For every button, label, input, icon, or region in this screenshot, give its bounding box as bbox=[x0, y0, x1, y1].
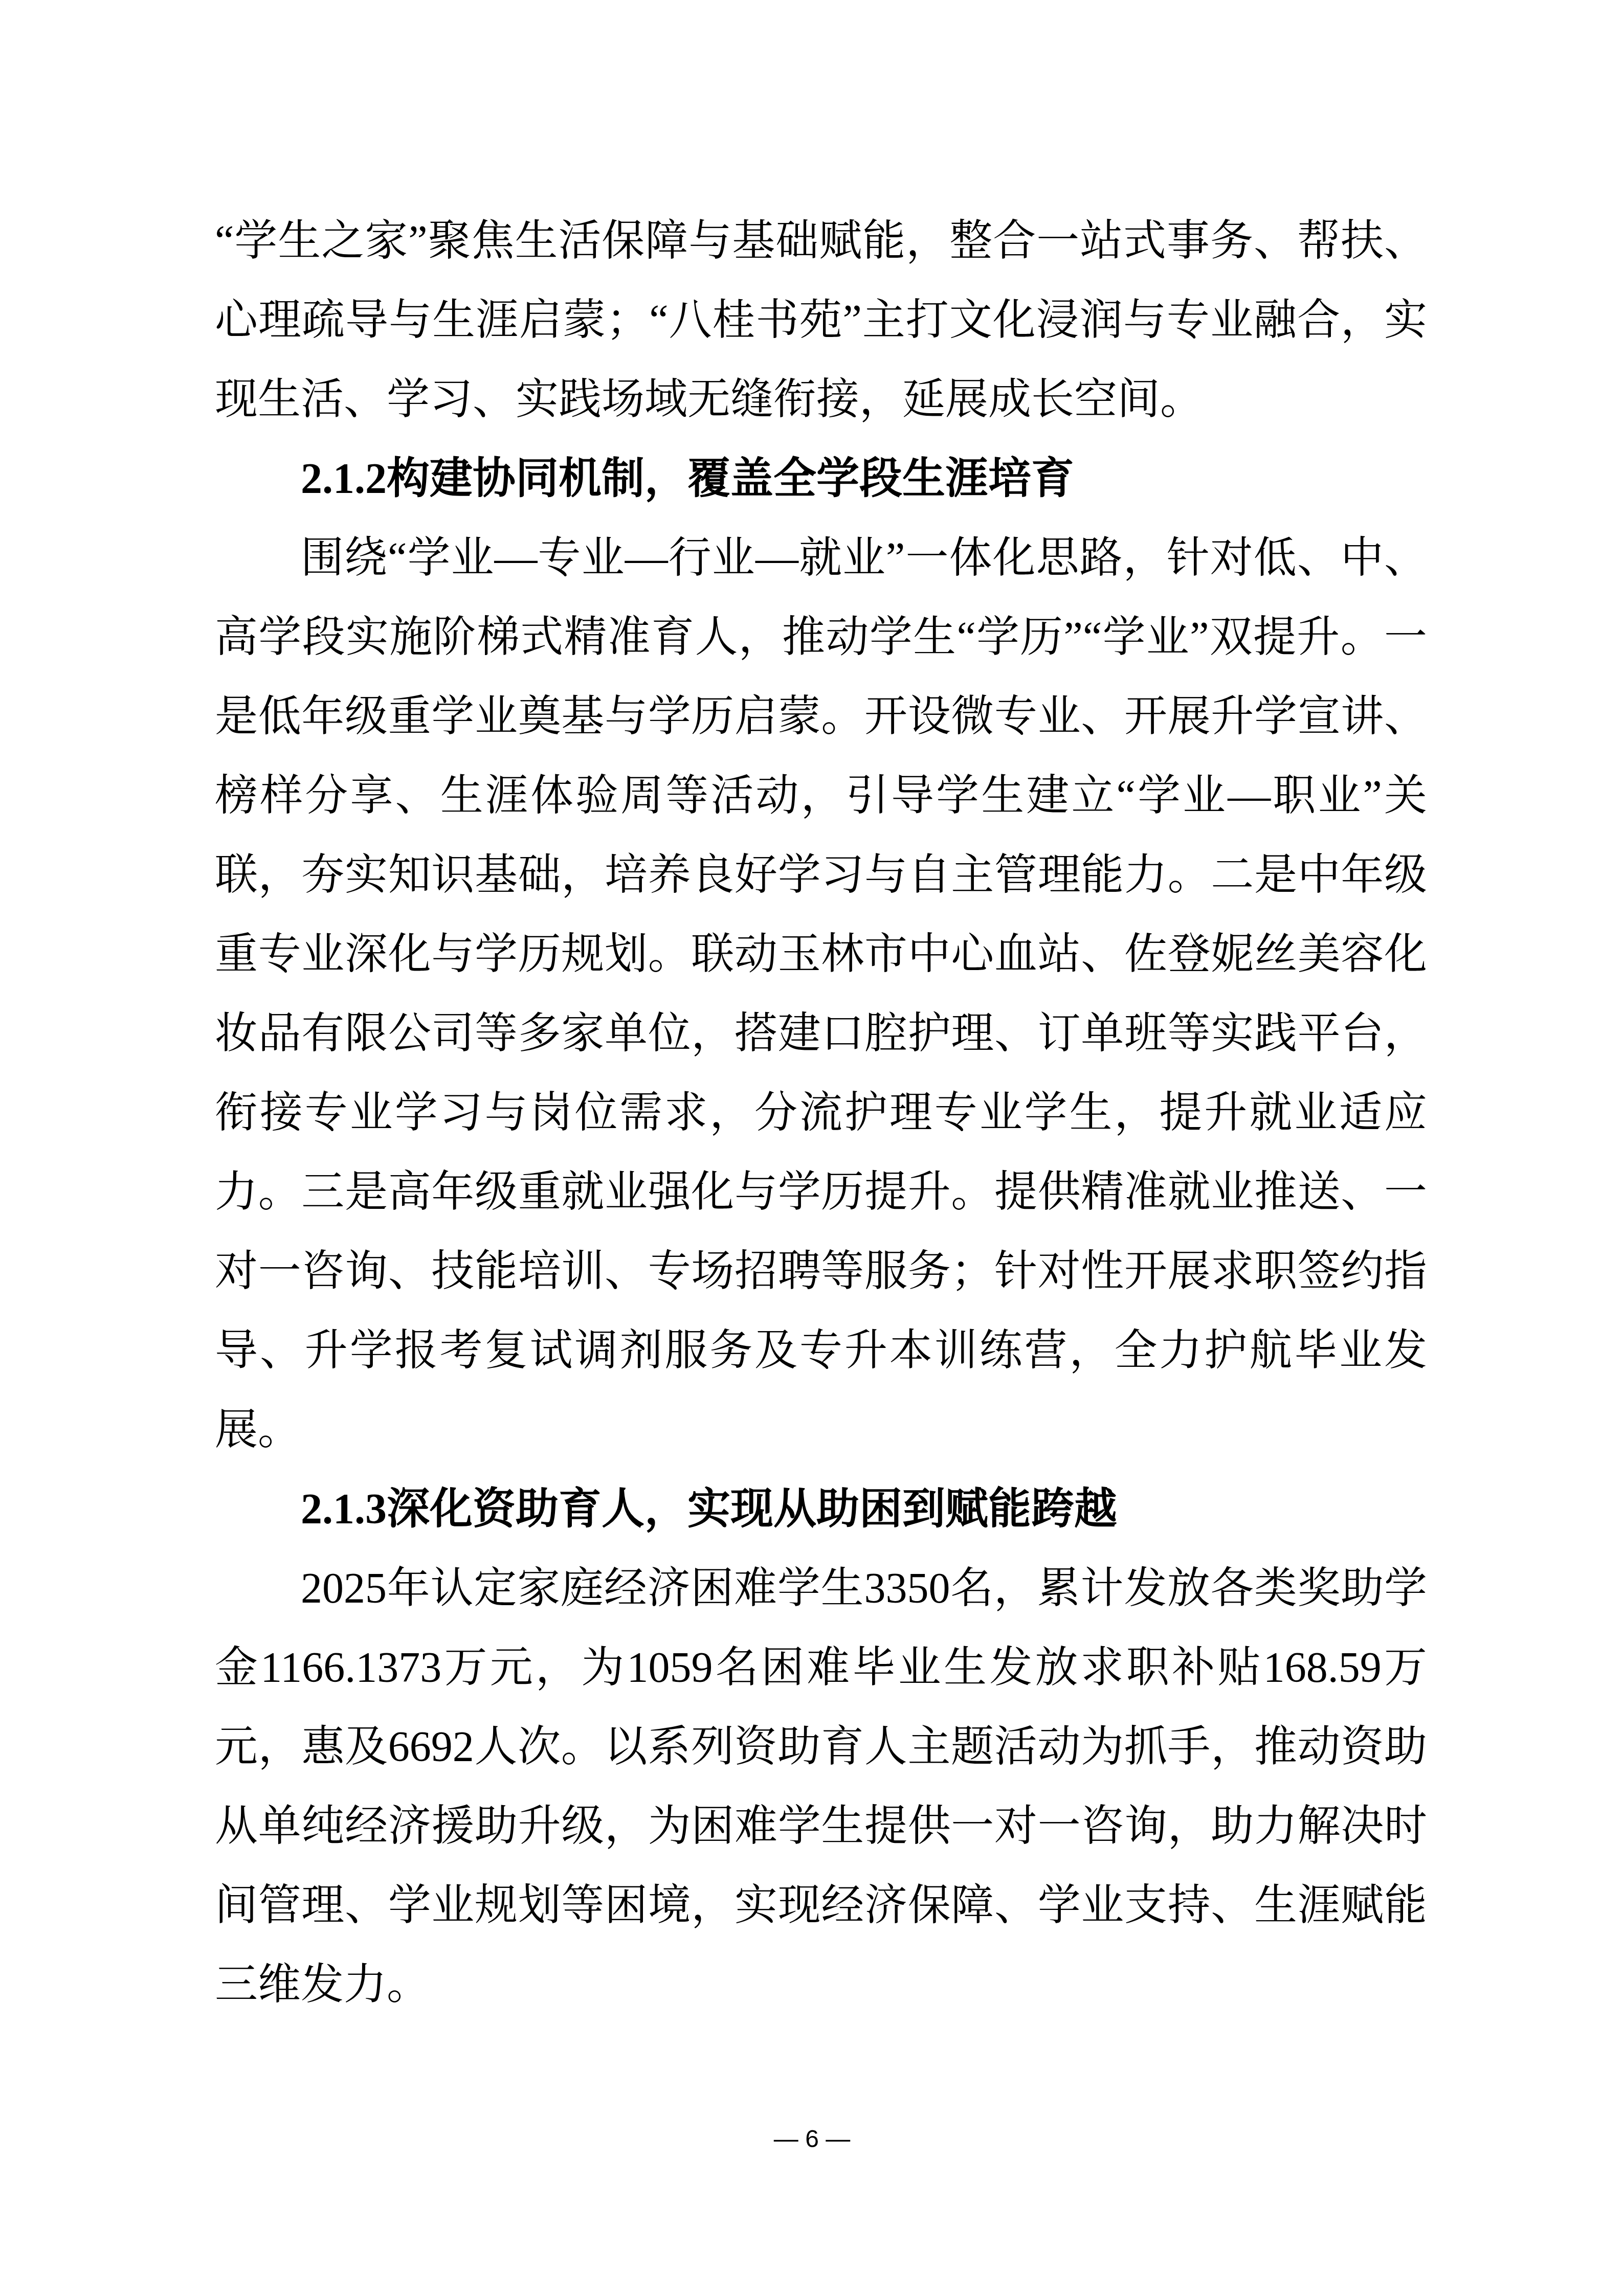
body-paragraph: “学生之家”聚焦生活保障与基础赋能，整合一站式事务、帮扶、心理疏导与生涯启蒙；“… bbox=[215, 201, 1427, 439]
section-heading: 2.1.2构建协同机制，覆盖全学段生涯培育 bbox=[215, 439, 1427, 519]
section-heading: 2.1.3深化资助育人，实现从助困到赋能跨越 bbox=[215, 1470, 1427, 1549]
body-paragraph: 2025年认定家庭经济困难学生3350名，累计发放各类奖助学金1166.1373… bbox=[215, 1549, 1427, 2024]
document-page: “学生之家”聚焦生活保障与基础赋能，整合一站式事务、帮扶、心理疏导与生涯启蒙；“… bbox=[0, 0, 1624, 2296]
document-text: “学生之家”聚焦生活保障与基础赋能，整合一站式事务、帮扶、心理疏导与生涯启蒙；“… bbox=[215, 201, 1427, 2024]
body-paragraph: 围绕“学业—专业—行业—就业”一体化思路，针对低、中、高学段实施阶梯式精准育人，… bbox=[215, 519, 1427, 1470]
page-number: — 6 — bbox=[0, 2127, 1624, 2152]
